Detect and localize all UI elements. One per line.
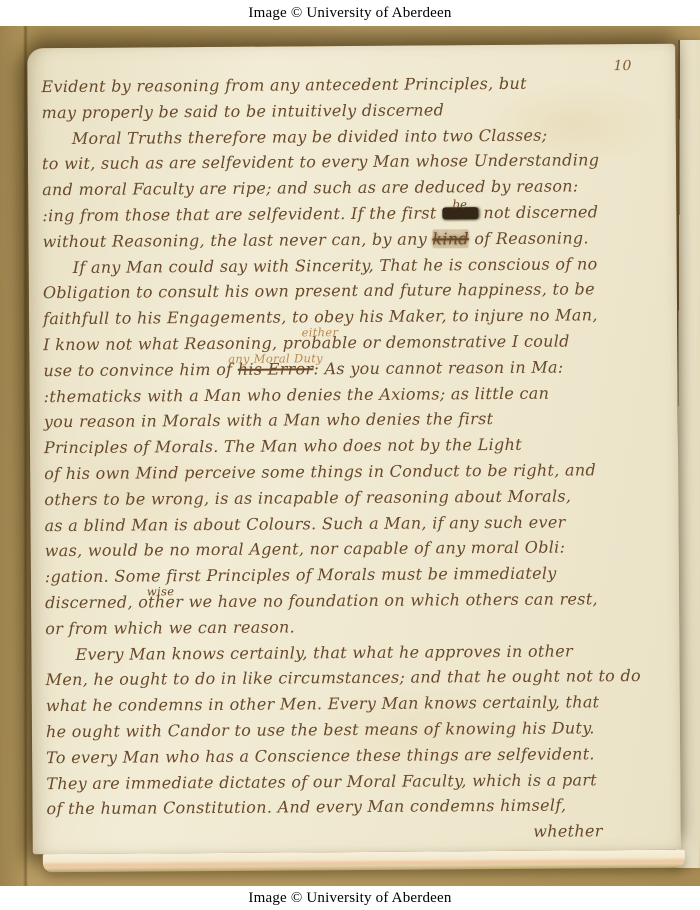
manuscript-segment: or from which we can reason. bbox=[45, 617, 295, 638]
manuscript-segment: If any Man could say with Sincerity, Tha… bbox=[73, 254, 598, 277]
manuscript-segment: of his own Mind perceive some things in … bbox=[44, 460, 596, 483]
copyright-text-top: Image © University of Aberdeen bbox=[248, 5, 451, 22]
manuscript-line: others to be wrong, is as incapable of r… bbox=[44, 483, 656, 513]
manuscript-segment: discerned, bbox=[45, 592, 138, 612]
inserted-word: either bbox=[302, 327, 339, 339]
manuscript-segment: we have no foundation on which others ca… bbox=[183, 589, 598, 611]
manuscript-segment: :thematicks with a Man who denies the Ax… bbox=[44, 383, 550, 406]
manuscript-segment: may properly be said to be intuitively d… bbox=[42, 100, 445, 122]
manuscript-segment: as a blind Man is about Colours. Such a … bbox=[44, 512, 565, 535]
copyright-text-bottom: Image © University of Aberdeen bbox=[248, 890, 451, 907]
inserted-word: be bbox=[452, 199, 467, 211]
manuscript-segment: : As you cannot reason in Ma: bbox=[313, 357, 563, 378]
manuscript-segment: probableeither bbox=[283, 333, 358, 353]
manuscript-segment: Men, he ought to do in like circumstance… bbox=[46, 666, 641, 689]
manuscript-segment: of the human Constitution. And every Man… bbox=[46, 796, 566, 819]
manuscript-segment: Moral Truths therefore may be divided in… bbox=[72, 125, 548, 147]
manuscript-segment: not discerned bbox=[478, 202, 599, 222]
manuscript-segment: what he condemns in other Men. Every Man… bbox=[46, 692, 600, 715]
manuscript-segment: was, would be no moral Agent, nor capabl… bbox=[45, 538, 566, 561]
inserted-word: any Moral Duty bbox=[228, 353, 323, 365]
manuscript-segment: others to be wrong, is as incapable of r… bbox=[44, 486, 571, 509]
manuscript-segment: Every Man knows certainly, that what he … bbox=[75, 641, 573, 663]
manuscript-segment: you reason in Morals with a Man who deni… bbox=[44, 409, 494, 431]
ink-blot: be bbox=[442, 207, 478, 219]
book-cover-band bbox=[0, 26, 24, 886]
manuscript-line: he ought with Candor to use the best mea… bbox=[46, 715, 658, 745]
manuscript-segment: otherwise bbox=[138, 592, 183, 611]
manuscript-segment: to wit, such as are selfevident to every… bbox=[42, 151, 599, 174]
manuscript-segment: use to convince him of bbox=[43, 360, 237, 380]
manuscript-segment: or demonstrative I could bbox=[357, 331, 570, 351]
manuscript-segment: and moral Faculty are ripe; and such as … bbox=[42, 177, 578, 200]
manuscript-segment: Evident by reasoning from any antecedent… bbox=[41, 74, 526, 96]
manuscript-segment: his Errorany Moral Duty bbox=[238, 359, 314, 379]
manuscript-line: I know not what Reasoning, probableeithe… bbox=[43, 328, 655, 358]
manuscript-segment: of Reasoning. bbox=[469, 228, 589, 248]
copyright-caption-bottom: Image © University of Aberdeen bbox=[0, 886, 700, 910]
copyright-caption-top: Image © University of Aberdeen bbox=[0, 0, 700, 26]
manuscript-segment: :ing from those that are selfevident. If… bbox=[42, 203, 442, 225]
manuscript-page: 10 Evident by reasoning from any anteced… bbox=[27, 44, 681, 855]
manuscript-segment: whether bbox=[533, 821, 603, 840]
manuscript-line: They are immediate dictates of our Moral… bbox=[46, 766, 658, 796]
page-edge-bottom bbox=[43, 850, 685, 872]
manuscript-line: of his own Mind perceive some things in … bbox=[44, 457, 656, 487]
manuscript-line: was, would be no moral Agent, nor capabl… bbox=[45, 534, 657, 564]
photo-background: 10 Evident by reasoning from any anteced… bbox=[0, 26, 700, 886]
manuscript-line: :ing from those that are selfevident. If… bbox=[42, 199, 654, 229]
manuscript-segment: kind bbox=[432, 229, 469, 248]
manuscript-segment: To every Man who has a Conscience these … bbox=[46, 744, 595, 767]
manuscript-line: without Reasoning, the last never can, b… bbox=[42, 225, 654, 255]
manuscript-segment: he ought with Candor to use the best mea… bbox=[46, 718, 595, 741]
manuscript-segment: Principles of Morals. The Man who does n… bbox=[44, 435, 522, 457]
manuscript-line: discerned, otherwise we have no foundati… bbox=[45, 586, 657, 616]
manuscript-segment: without Reasoning, the last never can, b… bbox=[42, 229, 432, 251]
manuscript-segment: Obligation to consult his own present an… bbox=[43, 280, 595, 303]
screenshot-frame: Image © University of Aberdeen 10 Eviden… bbox=[0, 0, 700, 910]
manuscript-text: Evident by reasoning from any antecedent… bbox=[41, 70, 658, 848]
catchword: whether bbox=[47, 818, 659, 848]
inserted-word: wise bbox=[147, 586, 175, 598]
manuscript-line: To every Man who has a Conscience these … bbox=[46, 741, 658, 771]
manuscript-segment: :gation. Some first Principles of Morals… bbox=[45, 564, 557, 587]
manuscript-segment: They are immediate dictates of our Moral… bbox=[46, 770, 597, 793]
